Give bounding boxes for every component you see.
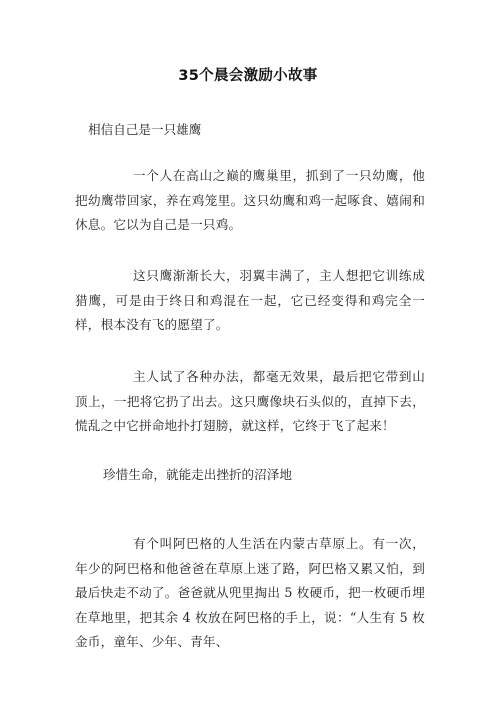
section-heading-cherish-life: 珍惜生命，就能走出挫折的沼泽地	[103, 464, 292, 483]
section-heading-eagle: 相信自己是一只雄鹰	[88, 119, 201, 138]
document-page: 35个晨会激励小故事 相信自己是一只雄鹰 一个人在高山之巅的鹰巢里，抓到了一只幼…	[0, 0, 496, 702]
paragraph-eagle-1: 一个人在高山之巅的鹰巢里，抓到了一只幼鹰，他把幼鹰带回家，养在鸡笼里。这只幼鹰和…	[75, 164, 425, 238]
paragraph-eagle-2: 这只鹰渐渐长大，羽翼丰满了，主人想把它训练成猎鹰，可是由于终日和鸡混在一起，它已…	[75, 264, 425, 338]
paragraph-abag-1: 有个叫阿巴格的人生活在内蒙古草原上。有一次，年少的阿巴格和他爸爸在草原上迷了路，…	[75, 532, 425, 655]
document-title: 35个晨会激励小故事	[0, 64, 496, 85]
paragraph-eagle-3: 主人试了各种办法，都毫无效果，最后把它带到山顶上，一把将它扔了出去。这只鹰像块石…	[75, 365, 425, 439]
